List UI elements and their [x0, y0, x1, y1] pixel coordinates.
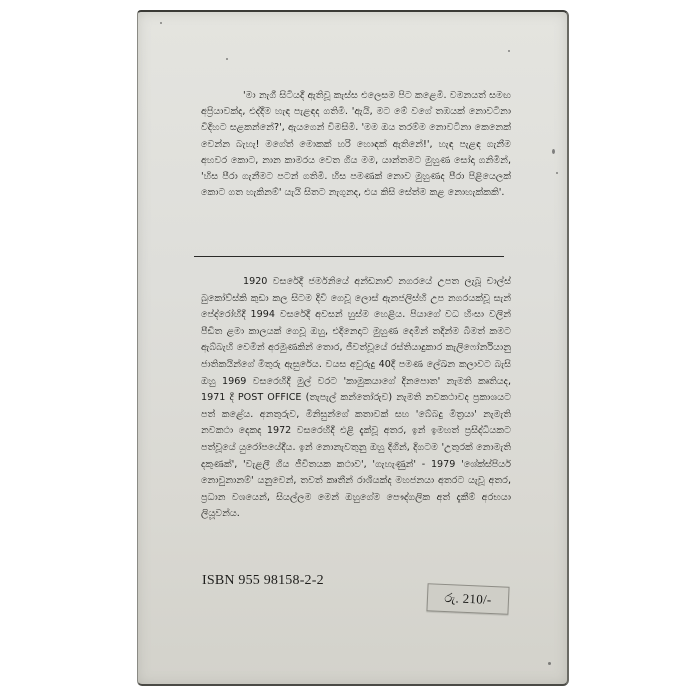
cover-speck: [160, 22, 162, 24]
price-sticker: රු. 210/-: [426, 583, 509, 615]
section-divider: [194, 256, 504, 257]
cover-speck: [508, 50, 510, 52]
author-biography: 1920 වසරේදී ජර්මනියේ අන්ඩනාච් නගරයේ උපත …: [201, 274, 511, 523]
isbn-number: ISBN 955 98158-2-2: [202, 573, 324, 589]
cover-speck: [556, 172, 558, 174]
book-back-cover: 'මා නැගී සිටියදී ඇතිවූ කැස්ස එලෙසම පිට ක…: [137, 10, 569, 686]
cover-speck: [548, 662, 551, 665]
photo-frame: 'මා නැගී සිටියදී ඇතිවූ කැස්ස එලෙසම පිට ක…: [0, 0, 700, 700]
price-label: රු. 210/-: [444, 590, 492, 608]
book-excerpt: 'මා නැගී සිටියදී ඇතිවූ කැස්ස එලෙසම පිට ක…: [201, 88, 511, 201]
cover-speck: [552, 149, 555, 154]
cover-speck: [226, 58, 228, 60]
